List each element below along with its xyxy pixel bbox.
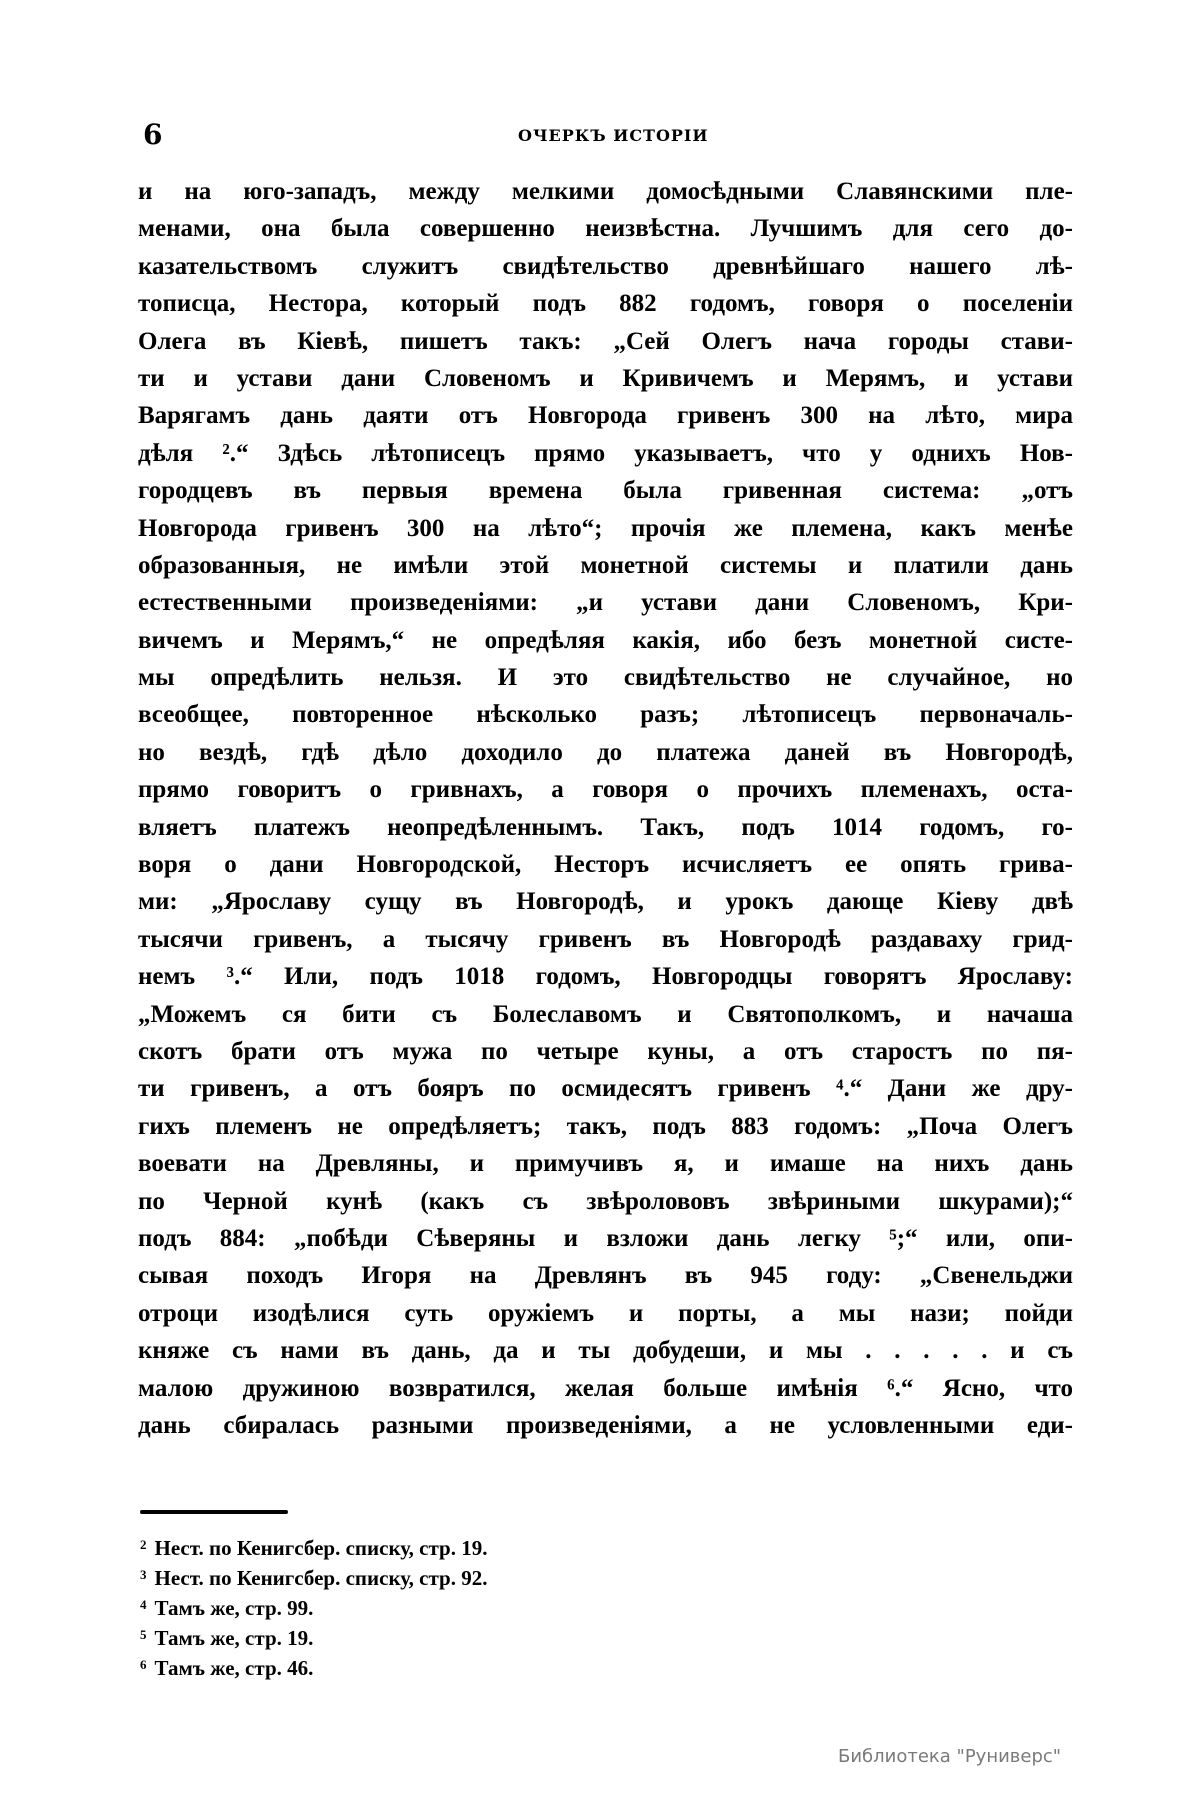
text-line: „Можемъ ся бити съ Болеславомъ и Святопо… <box>138 996 1073 1033</box>
text-line: воевати на Древляны, и примучивъ я, и им… <box>138 1145 1073 1182</box>
text-line: скотъ брати отъ мужа по четыре куны, а о… <box>138 1033 1073 1070</box>
text-line: ти и устави дани Словеномъ и Кривичемъ и… <box>138 360 1073 397</box>
text-line: ти гривенъ, а отъ бояръ по осмидесятъ гр… <box>138 1070 1073 1107</box>
running-title: ОЧЕРКЪ ИСТОРІИ <box>518 126 709 145</box>
text-line: по Черной кунѣ (какъ съ звѣролововъ звѣр… <box>138 1183 1073 1220</box>
page-number: 6 <box>143 118 162 151</box>
footnote-mark: 2 <box>140 1537 147 1552</box>
footnote-mark: 6 <box>140 1657 147 1672</box>
library-watermark: Библиотека "Руниверс" <box>838 1746 1061 1767</box>
text-line: княже съ нами въ дань, да и ты добудеши,… <box>138 1332 1073 1369</box>
footnote: 2Нест. по Кенигсбер. списку, стр. 19. <box>140 1530 487 1560</box>
text-line: образованныя, не имѣли этой монетной сис… <box>138 547 1073 584</box>
text-line: естественными произведеніями: „и устави … <box>138 584 1073 621</box>
footnote-text: Тамъ же, стр. 46. <box>155 1656 314 1680</box>
footnote-mark: 4 <box>140 1597 147 1612</box>
text-line: сывая походъ Игоря на Древлянъ въ 945 го… <box>138 1257 1073 1294</box>
text-line: отроци изодѣлися суть оружіемъ и порты, … <box>138 1295 1073 1332</box>
footnote-text: Тамъ же, стр. 19. <box>155 1626 314 1650</box>
text-line: ми: „Ярославу сущу въ Новгородѣ, и урокъ… <box>138 883 1073 920</box>
text-line: Новгорода гривенъ 300 на лѣто“; прочія ж… <box>138 510 1073 547</box>
text-line: малою дружиною возвратился, желая больше… <box>138 1370 1073 1407</box>
text-line: тысячи гривенъ, а тысячу гривенъ въ Новг… <box>138 921 1073 958</box>
footnotes: 2Нест. по Кенигсбер. списку, стр. 19. 3Н… <box>140 1530 487 1680</box>
text-line: но вездѣ, гдѣ дѣло доходило до платежа д… <box>138 734 1073 771</box>
text-line: прямо говоритъ о гривнахъ, а говоря о пр… <box>138 771 1073 808</box>
text-line: городцевъ въ первыя времена была гривенн… <box>138 472 1073 509</box>
footnote: 4Тамъ же, стр. 99. <box>140 1590 487 1620</box>
running-head: 6 ОЧЕРКЪ ИСТОРІИ <box>143 118 1043 158</box>
text-line: и на юго-западъ, между мелкими домосѣдны… <box>138 173 1073 210</box>
text-line: мы опредѣлить нельзя. И это свидѣтельств… <box>138 659 1073 696</box>
body-text: и на юго-западъ, между мелкими домосѣдны… <box>138 173 1073 1444</box>
text-line: Варягамъ дань даяти отъ Новгорода гривен… <box>138 397 1073 434</box>
text-line: дѣля ².“ Здѣсь лѣтописецъ прямо указывае… <box>138 435 1073 472</box>
text-line: дань сбиралась разными произведеніями, а… <box>138 1407 1073 1444</box>
footnote-text: Нест. по Кенигсбер. списку, стр. 92. <box>155 1566 488 1590</box>
footnote: 5Тамъ же, стр. 19. <box>140 1620 487 1650</box>
text-line: воря о дани Новгородской, Несторъ исчисл… <box>138 846 1073 883</box>
footnote-mark: 5 <box>140 1627 147 1642</box>
text-line: немъ ³.“ Или, подъ 1018 годомъ, Новгород… <box>138 958 1073 995</box>
book-page: 6 ОЧЕРКЪ ИСТОРІИ и на юго-западъ, между … <box>0 0 1200 1806</box>
text-line: Олега въ Кіевѣ, пишетъ такъ: „Сей Олегъ … <box>138 323 1073 360</box>
text-line: всеобщее, повторенное нѣсколько разъ; лѣ… <box>138 696 1073 733</box>
text-line: гихъ племенъ не опредѣляетъ; такъ, подъ … <box>138 1108 1073 1145</box>
text-line: вляетъ платежъ неопредѣленнымъ. Такъ, по… <box>138 809 1073 846</box>
footnote: 3Нест. по Кенигсбер. списку, стр. 92. <box>140 1560 487 1590</box>
footnote-divider <box>140 1510 288 1514</box>
text-line: менами, она была совершенно неизвѣстна. … <box>138 210 1073 247</box>
footnote-mark: 3 <box>140 1567 147 1582</box>
text-line: подъ 884: „побѣди Сѣверяны и взложи дань… <box>138 1220 1073 1257</box>
text-line: казательствомъ служитъ свидѣтельство дре… <box>138 248 1073 285</box>
text-line: вичемъ и Мерямъ,“ не опредѣляя какія, иб… <box>138 622 1073 659</box>
text-line: тописца, Нестора, который подъ 882 годом… <box>138 285 1073 322</box>
footnote-text: Нест. по Кенигсбер. списку, стр. 19. <box>155 1536 488 1560</box>
footnote: 6Тамъ же, стр. 46. <box>140 1650 487 1680</box>
footnote-text: Тамъ же, стр. 99. <box>155 1596 314 1620</box>
